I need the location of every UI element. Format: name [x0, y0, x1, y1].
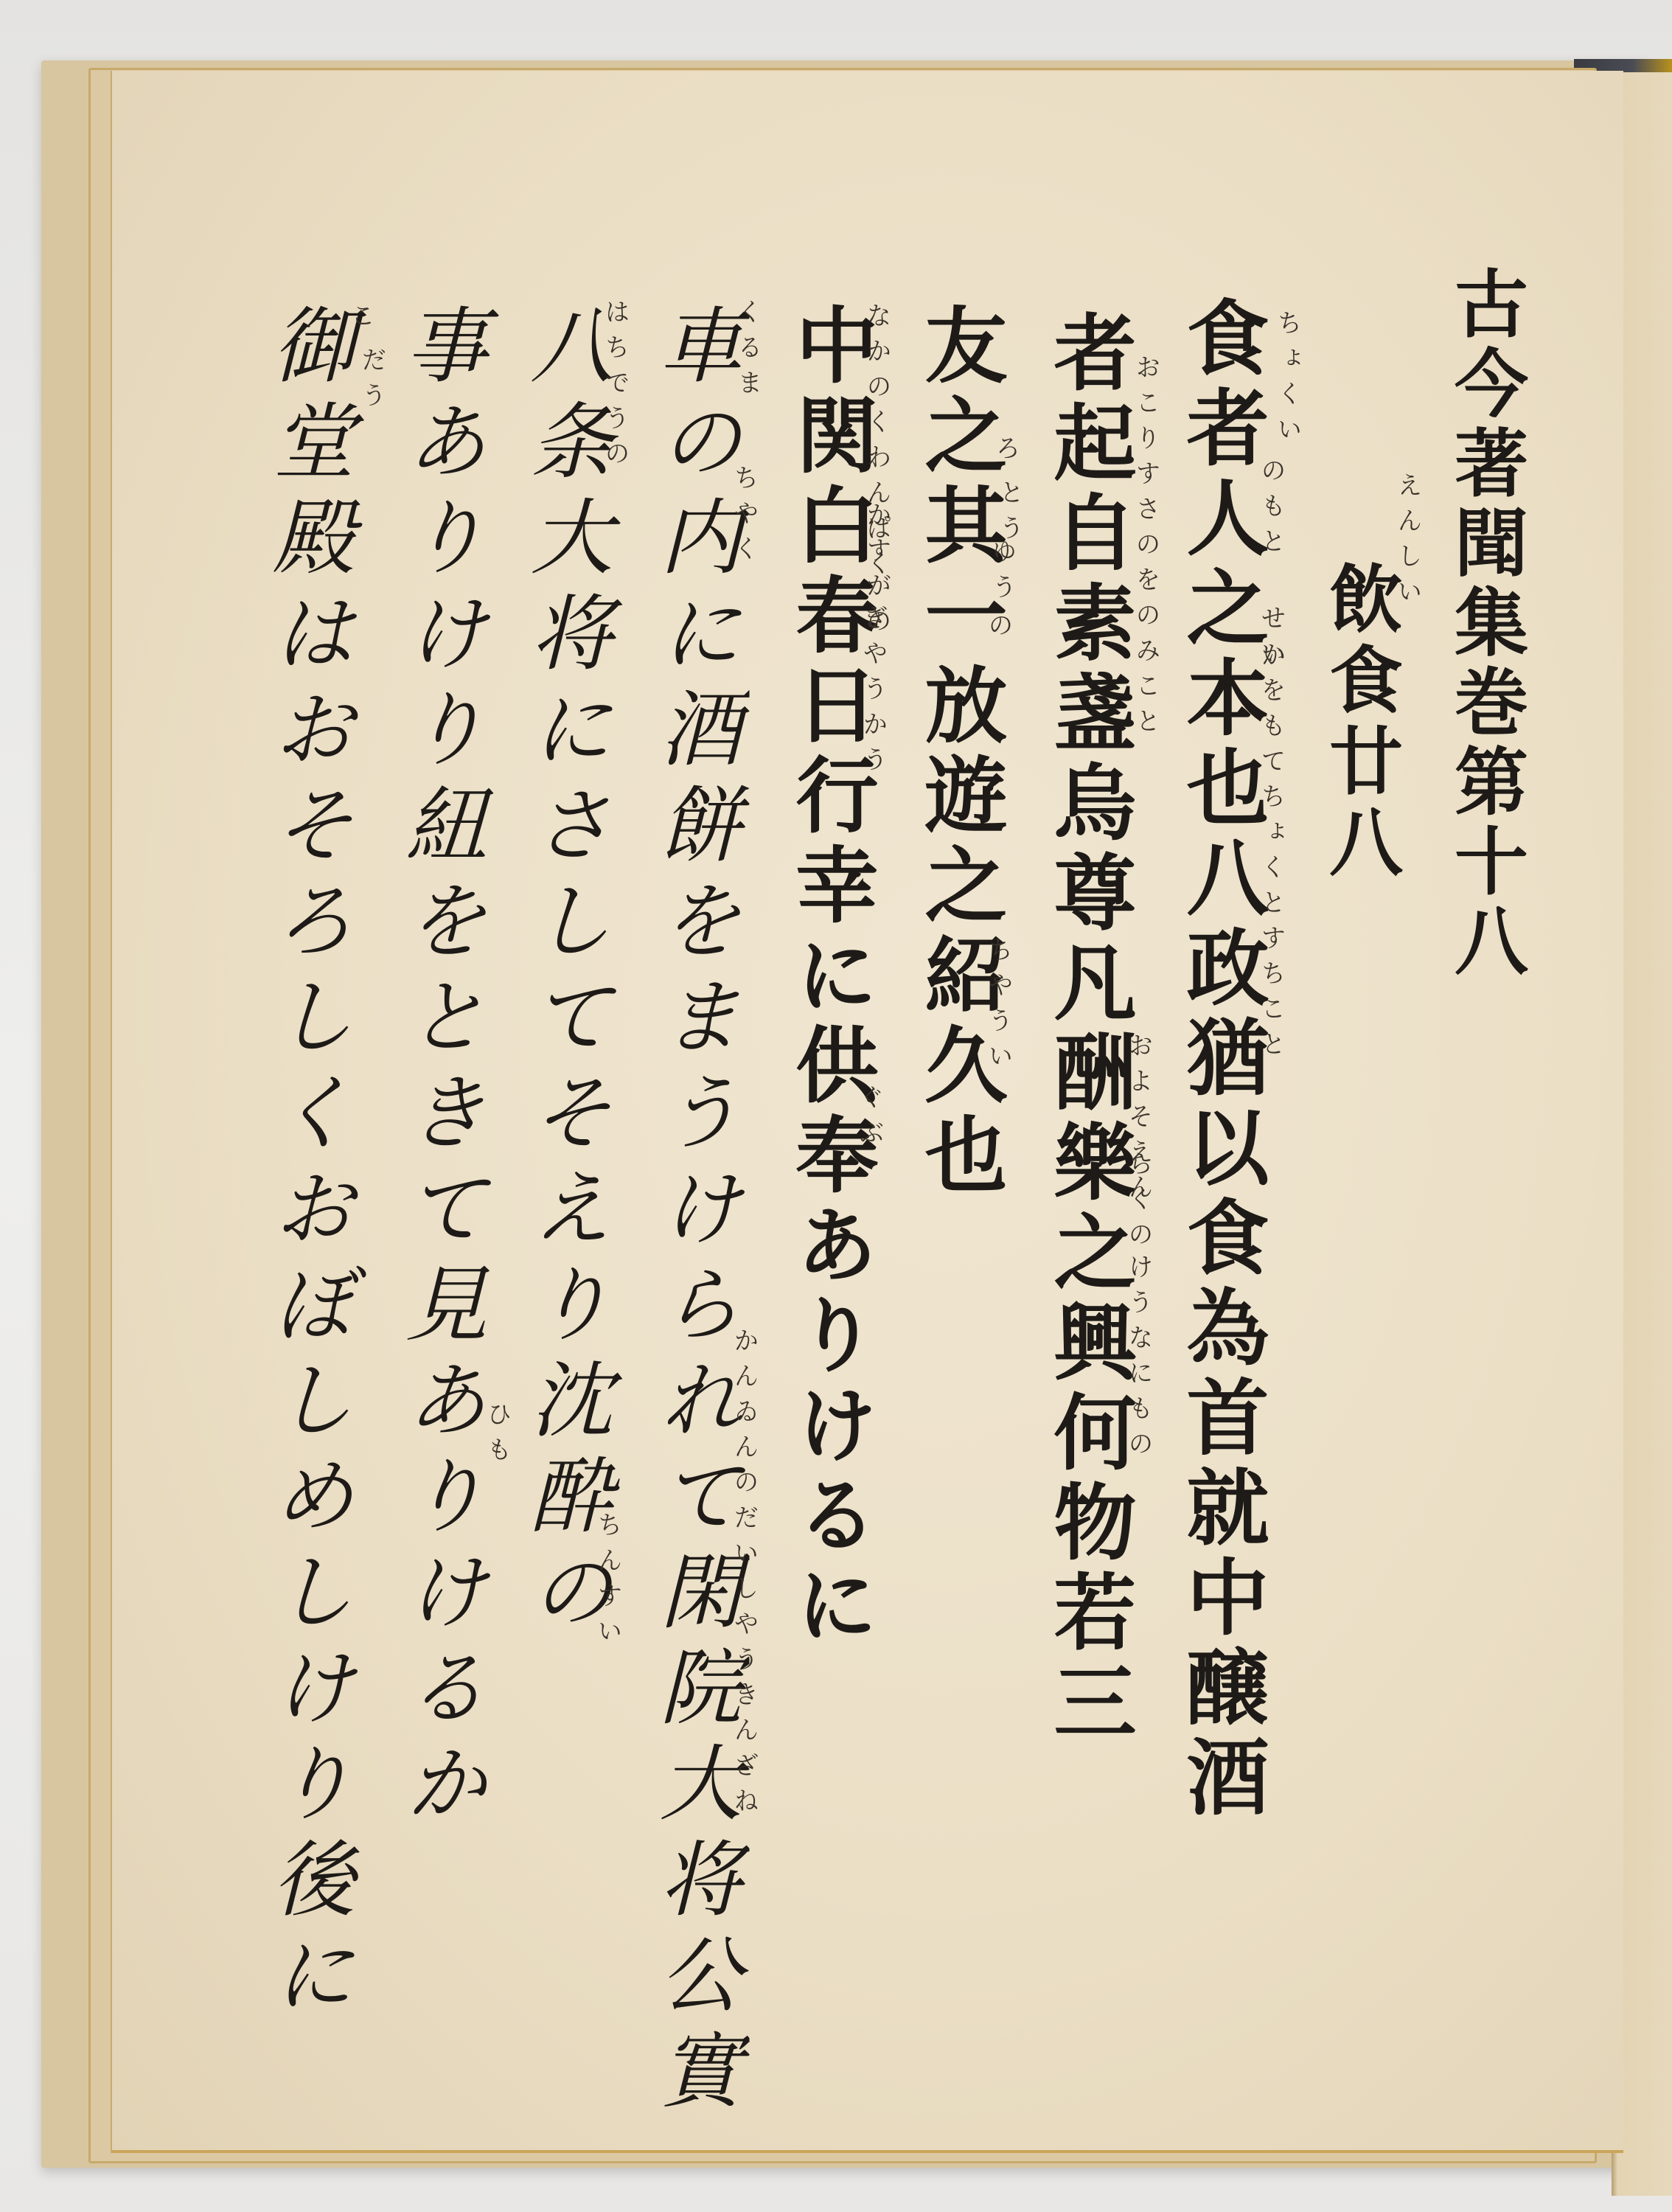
column-3-ruby: ちやうい	[980, 936, 1017, 1078]
column-8-ruby: だう	[354, 347, 390, 417]
text-column-6: 八条大将にさしてそえり沈酔の	[523, 302, 606, 1644]
column-3-ruby: の	[980, 612, 1017, 647]
text-column-5: 車の内に酒餅をまうけられて閑院大将公實	[652, 302, 735, 2124]
column-5-ruby: かんゐんのだいしやうきんざね	[726, 1327, 762, 1823]
column-3-ruby: ろ	[988, 435, 1024, 470]
column-5-ruby: くるま	[730, 299, 766, 405]
column-6-ruby: ちんすい	[590, 1512, 626, 1653]
text-column-1: 食者人之本也八政猶以食為首就中醸酒	[1180, 295, 1262, 1824]
section-heading: 飲食廿八	[1323, 560, 1397, 885]
heading-ruby: えんしい	[1390, 472, 1426, 613]
document-title: 古今著聞集巻第十八	[1449, 265, 1522, 982]
column-1-ruby: のもと	[1253, 457, 1289, 563]
column-4-ruby: ぐぶ	[851, 1084, 888, 1155]
column-8-ruby: こ	[343, 302, 379, 338]
column-6-ruby: はちでうの	[597, 299, 633, 476]
text-column-2: 者起自素盞烏尊凡酬樂之興何物若三	[1047, 310, 1129, 1749]
column-1-ruby: ちょくい	[1269, 310, 1306, 451]
column-5-ruby: ちやく	[726, 465, 762, 571]
text-column-7: 事ありけり紐をときて見ありけるか	[398, 302, 481, 1836]
column-1-ruby: かをもてちょくとすちこと	[1253, 641, 1289, 1066]
text-column-8: 御堂殿はおそろしくおぼしめしけり後に	[265, 302, 348, 2028]
column-3-ruby: ゆう	[984, 538, 1020, 609]
column-4-ruby: ぎやうかう	[855, 605, 891, 782]
column-7-ruby: ひも	[479, 1401, 515, 1472]
column-2-ruby: けうなにもの	[1121, 1253, 1157, 1466]
column-2-ruby: らくの	[1121, 1150, 1157, 1256]
column-2-ruby: おこりすさのをのみこと	[1128, 354, 1164, 743]
